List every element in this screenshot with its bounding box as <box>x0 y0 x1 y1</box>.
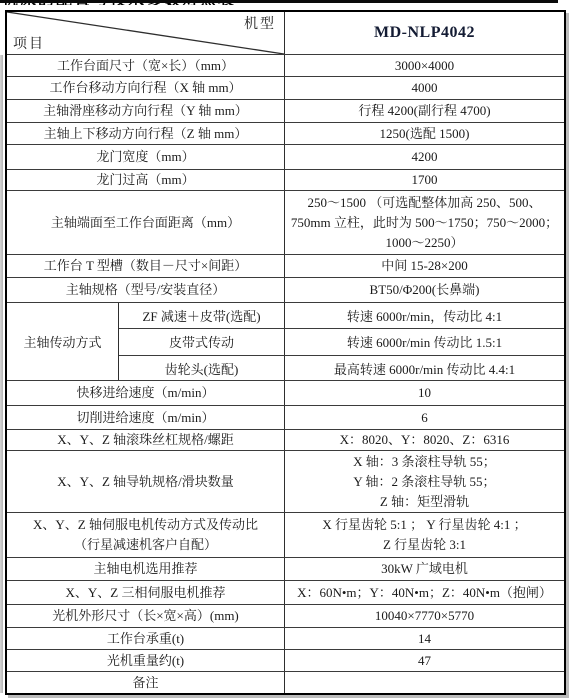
spec-value: X：8020、Y：8020、Z：6316 <box>285 430 564 450</box>
spec-label: 备注 <box>7 672 285 693</box>
spec-value: 3000×4000 <box>285 55 564 76</box>
table-row: X、Y、Z 轴导轨规格/滑块数量 X 轴：3 条滚柱导轨 55； Y 轴：2 条… <box>7 450 564 512</box>
spec-value: X：60N•m；Y：40N•m；Z：40N•m（抱闸） <box>285 581 564 604</box>
table-row: 主轴滑座移动方向行程（Y 轴 mm） 行程 4200(副行程 4700) <box>7 99 564 122</box>
spec-table: 机型 项目 MD-NLP4042 工作台面尺寸（宽×长）（mm） 3000×40… <box>5 10 566 695</box>
spec-value: 250～1500 （可选配整体加高 250、500、 750mm 立柱，此时为 … <box>285 191 564 254</box>
transmission-sub-row: ZF 减速＋皮带(选配) 转速 6000r/min，传动比 4:1 <box>119 303 564 328</box>
table-row: 工作台移动方向行程（X 轴 mm） 4000 <box>7 76 564 99</box>
spec-label: 主轴规格（型号/安装直径） <box>7 278 285 302</box>
transmission-sub-label: 皮带式传动 <box>119 329 285 356</box>
spec-value: 4200 <box>285 145 564 169</box>
spec-label: X、Y、Z 轴伺服电机传动方式及传动比 （行星减速机客户自配） <box>7 513 285 557</box>
table-row: 光机外形尺寸（长×宽×高）(mm) 10040×7770×5770 <box>7 604 564 627</box>
model-header: MD-NLP4042 <box>285 12 564 54</box>
corner-label-item: 项目 <box>13 33 45 53</box>
spec-value: 14 <box>285 628 564 649</box>
table-row: 工作台面尺寸（宽×长）（mm） 3000×4000 <box>7 54 564 76</box>
table-row: 工作台 T 型槽（数目－尺寸×间距） 中间 15-28×200 <box>7 254 564 277</box>
spec-label: X、Y、Z 轴导轨规格/滑块数量 <box>7 451 285 512</box>
corner-label-machine-type: 机型 <box>244 13 276 33</box>
spec-value: 30kW 广域电机 <box>285 558 564 580</box>
spec-label: 切削进给速度（m/min） <box>7 406 285 429</box>
table-row: 主轴电机选用推荐 30kW 广域电机 <box>7 557 564 580</box>
transmission-sub-value: 最高转速 6000r/min 传动比 4.4:1 <box>285 356 564 380</box>
spec-value: X 轴：3 条滚柱导轨 55； Y 轴：2 条滚柱导轨 55； Z 轴：矩型滑轨 <box>285 451 564 512</box>
top-rule <box>0 0 558 3</box>
spec-value: 1700 <box>285 170 564 190</box>
table-row: 快移进给速度（m/min） 10 <box>7 380 564 405</box>
transmission-sub-label: 齿轮头(选配) <box>119 356 285 380</box>
transmission-group-label: 主轴传动方式 <box>7 303 119 380</box>
spec-label: 主轴滑座移动方向行程（Y 轴 mm） <box>7 100 285 122</box>
spec-value: 1250(选配 1500) <box>285 123 564 144</box>
spec-label: 快移进给速度（m/min） <box>7 381 285 405</box>
table-row: 切削进给速度（m/min） 6 <box>7 405 564 429</box>
table-row: X、Y、Z 三相伺服电机推荐 X：60N•m；Y：40N•m；Z：40N•m（抱… <box>7 580 564 604</box>
spec-value: 6 <box>285 406 564 429</box>
table-row: X、Y、Z 轴滚珠丝杠规格/螺距 X：8020、Y：8020、Z：6316 <box>7 429 564 450</box>
spec-value: 中间 15-28×200 <box>285 255 564 277</box>
spec-label: X、Y、Z 三相伺服电机推荐 <box>7 581 285 604</box>
transmission-sub-row: 齿轮头(选配) 最高转速 6000r/min 传动比 4.4:1 <box>119 355 564 380</box>
transmission-sub-row: 皮带式传动 转速 6000r/min 传动比 1.5:1 <box>119 328 564 356</box>
table-row: 主轴上下移动方向行程（Z 轴 mm） 1250(选配 1500) <box>7 122 564 144</box>
table-row: 主轴端面至工作台面距离（mm） 250～1500 （可选配整体加高 250、50… <box>7 190 564 254</box>
spec-value: 10 <box>285 381 564 405</box>
table-row: 备注 <box>7 671 564 693</box>
spec-value <box>285 672 564 693</box>
spec-label: 工作台 T 型槽（数目－尺寸×间距） <box>7 255 285 277</box>
header-corner-cell: 机型 项目 <box>7 12 285 54</box>
spec-label: 龙门过高（mm） <box>7 170 285 190</box>
spec-value: X 行星齿轮 5:1 ； Y 行星齿轮 4:1 ； Z 行星齿轮 3:1 <box>285 513 564 557</box>
spec-label: 主轴上下移动方向行程（Z 轴 mm） <box>7 123 285 144</box>
spec-label: X、Y、Z 轴滚珠丝杠规格/螺距 <box>7 430 285 450</box>
spec-label: 光机重量约(t) <box>7 650 285 671</box>
spec-value: 行程 4200(副行程 4700) <box>285 100 564 122</box>
transmission-group-body: ZF 减速＋皮带(选配) 转速 6000r/min，传动比 4:1 皮带式传动 … <box>119 303 564 380</box>
table-header-row: 机型 项目 MD-NLP4042 <box>7 12 564 54</box>
spec-value: 4000 <box>285 77 564 99</box>
transmission-sub-label: ZF 减速＋皮带(选配) <box>119 303 285 328</box>
spec-value: 10040×7770×5770 <box>285 605 564 627</box>
spec-value: BT50/Φ200(长鼻端) <box>285 278 564 302</box>
diagonal-line <box>7 12 284 54</box>
transmission-sub-value: 转速 6000r/min 传动比 1.5:1 <box>285 329 564 356</box>
transmission-sub-value: 转速 6000r/min，传动比 4:1 <box>285 303 564 328</box>
spec-label: 工作台面尺寸（宽×长）（mm） <box>7 55 285 76</box>
spec-label: 工作台移动方向行程（X 轴 mm） <box>7 77 285 99</box>
document-page: 机床的配置与技术参数对照表 机型 项目 MD-NLP4042 工作台面尺寸（宽×… <box>0 0 579 699</box>
spec-label: 工作台承重(t) <box>7 628 285 649</box>
table-row: 龙门过高（mm） 1700 <box>7 169 564 190</box>
spec-label: 主轴端面至工作台面距离（mm） <box>7 191 285 254</box>
spec-label: 龙门宽度（mm） <box>7 145 285 169</box>
page-edge-strip <box>0 55 3 693</box>
spec-value: 47 <box>285 650 564 671</box>
table-row: 主轴规格（型号/安装直径） BT50/Φ200(长鼻端) <box>7 277 564 302</box>
spec-label: 主轴电机选用推荐 <box>7 558 285 580</box>
table-row: 工作台承重(t) 14 <box>7 627 564 649</box>
table-row: 龙门宽度（mm） 4200 <box>7 144 564 169</box>
spec-label: 光机外形尺寸（长×宽×高）(mm) <box>7 605 285 627</box>
transmission-group-row: 主轴传动方式 ZF 减速＋皮带(选配) 转速 6000r/min，传动比 4:1… <box>7 302 564 380</box>
table-row: X、Y、Z 轴伺服电机传动方式及传动比 （行星减速机客户自配） X 行星齿轮 5… <box>7 512 564 557</box>
table-row: 光机重量约(t) 47 <box>7 649 564 671</box>
